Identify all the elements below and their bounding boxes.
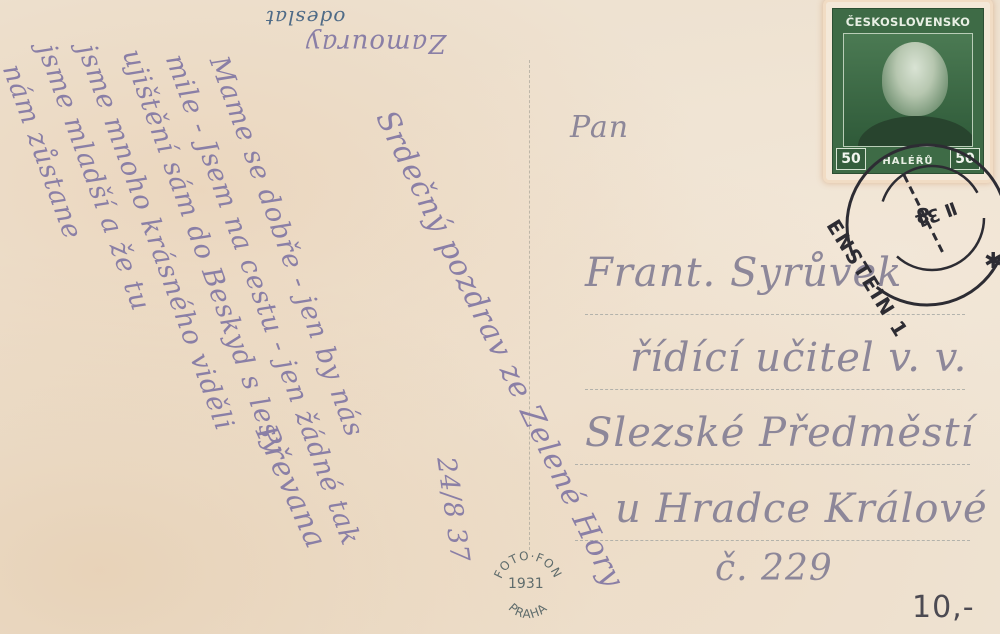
address-line (575, 540, 970, 541)
date-note: 24/8 37 (430, 455, 475, 565)
corner-note: Zamouray (305, 28, 446, 58)
address-line-3: Slezské Předměstí (585, 410, 974, 456)
postcard: Mame se dobře - jen by nás mile - Jsem n… (0, 0, 1000, 634)
address-line (585, 314, 965, 315)
address-line (585, 389, 965, 390)
address-line-2: řídící učitel v. v. (630, 335, 967, 381)
price-note: 10,- (912, 590, 975, 625)
address-line (575, 464, 970, 465)
star-icon: ✱ (984, 249, 1000, 274)
salutation: Pan (570, 110, 629, 145)
portrait-icon (843, 33, 973, 147)
center-divider (529, 60, 530, 550)
stamp-country: ČESKOSLOVENSKO (833, 15, 983, 29)
address-line-5: č. 229 (715, 548, 833, 589)
printer-mark-year: 1931 (508, 576, 544, 592)
svg-text:PRAHA: PRAHA (506, 600, 551, 621)
address-line-4: u Hradce Králové (615, 486, 988, 532)
greeting: Srdečný pozdrav ze Zelené Hory (369, 105, 631, 594)
corner-note-blue: odeslat (265, 6, 345, 30)
